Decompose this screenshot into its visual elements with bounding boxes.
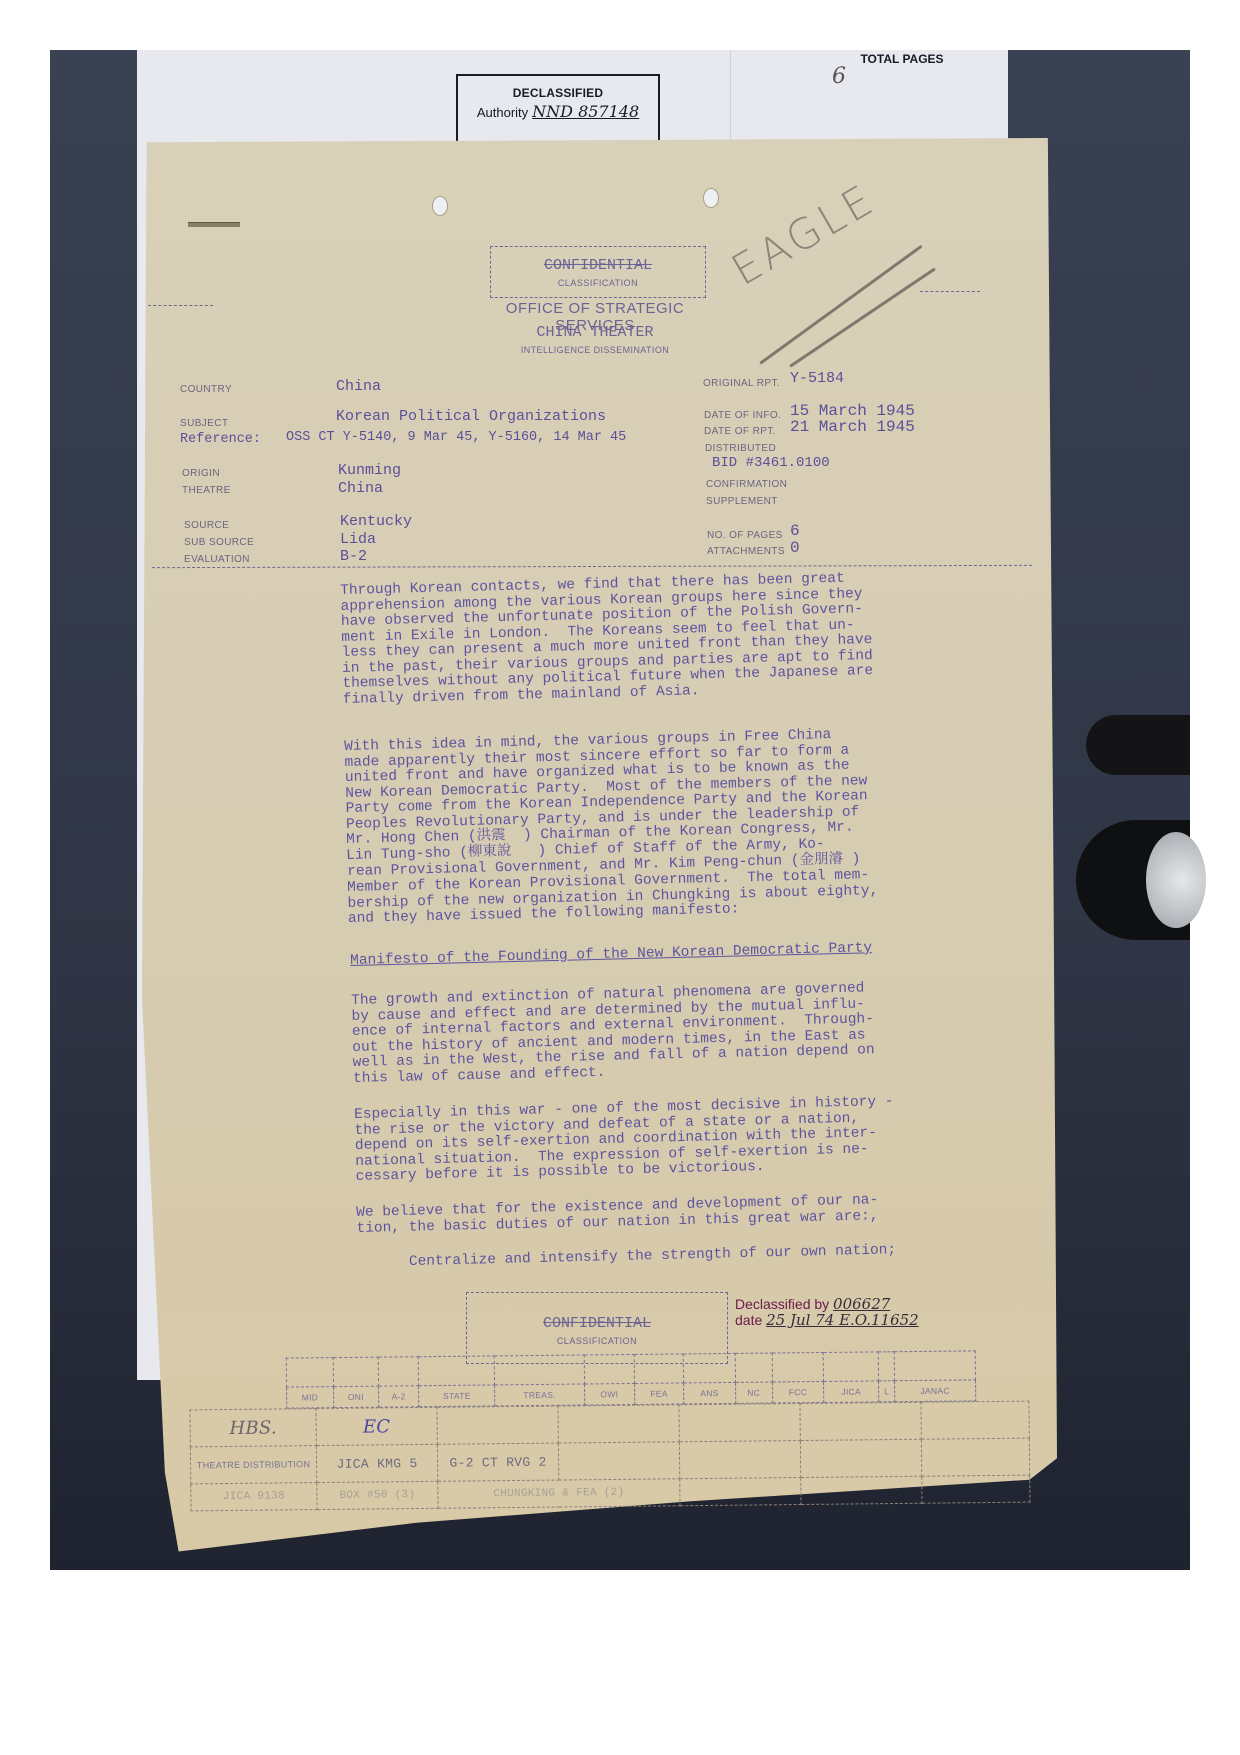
declassified-by-label: Declassified by — [735, 1296, 829, 1312]
agency-label-fcc: FCC — [772, 1381, 824, 1403]
agency-blank-cell — [378, 1357, 419, 1386]
field-label: SUPPLEMENT — [706, 496, 778, 507]
distribution-cell-g2: G-2 CT RVG 2 — [437, 1443, 558, 1481]
field-label: THEATRE — [182, 485, 231, 496]
authority-label: Authority — [477, 105, 528, 120]
agency-label-treas: TREAS. — [495, 1384, 584, 1406]
agency-blank-cell — [735, 1353, 772, 1382]
agency-label-oni: ONI — [333, 1386, 378, 1407]
field-label: CONFIRMATION — [706, 479, 787, 490]
theater-title: CHINA THEATER — [470, 324, 720, 341]
footer-classification-caption: CLASSIFICATION — [467, 1336, 727, 1346]
clamp-cap — [1146, 832, 1206, 928]
field-value-reference: OSS CT Y-5140, 9 Mar 45, Y-5160, 14 Mar … — [286, 430, 626, 445]
fastener-slot-icon — [188, 222, 240, 227]
agency-label-nc: NC — [735, 1382, 772, 1403]
theatre-distribution-label: THEATRE DISTRIBUTION — [190, 1446, 316, 1484]
field-label: DATE OF RPT. — [704, 426, 776, 437]
field-value-attachments: 0 — [790, 539, 800, 557]
field-value-sub-source: Lida — [340, 531, 376, 548]
agency-blank-cell — [418, 1356, 495, 1386]
distribution-cell-jica: JICA KMG 5 — [316, 1444, 437, 1482]
faded-cell: BOX #50 (3) — [317, 1481, 438, 1509]
paragraph-1: Through Korean contacts, we find that th… — [340, 569, 963, 708]
classification-value: CONFIDENTIAL — [491, 257, 705, 274]
field-value-no-of-pages: 6 — [790, 522, 800, 540]
declassified-date-label: date — [735, 1312, 762, 1328]
field-label: ORIGIN — [182, 468, 220, 479]
agency-blank-cell — [584, 1354, 635, 1384]
field-label: SUB SOURCE — [184, 537, 254, 548]
field-label: SUBJECT — [180, 418, 228, 429]
agency-label-jica: JICA — [824, 1381, 879, 1403]
paragraph-3: The growth and extinction of natural phe… — [351, 979, 973, 1087]
declassified-date-value: 25 Jul 74 E.O.11652 — [766, 1311, 919, 1329]
agency-label-l: L — [879, 1381, 895, 1402]
field-value-evaluation: B-2 — [340, 548, 367, 565]
divider — [148, 305, 213, 306]
classification-box: CONFIDENTIAL CLASSIFICATION — [490, 246, 706, 298]
declassified-authority-box: DECLASSIFIED AuthorityNND 857148 — [456, 74, 660, 146]
agency-blank-cell — [333, 1357, 379, 1386]
agency-blank-cell — [823, 1352, 878, 1382]
agency-blank-cell — [772, 1352, 824, 1382]
field-label: COUNTRY — [180, 384, 232, 395]
agency-distribution-table: MIDONIA-2STATETREAS.OWIFEAANSNCFCCJICALJ… — [286, 1350, 976, 1408]
field-value-subject: Korean Political Organizations — [336, 408, 606, 425]
theatre-distribution-table: HBS. EC THEATRE DISTRIBUTION JICA KMG 5 … — [189, 1401, 1030, 1512]
total-pages-value: 6 — [832, 64, 846, 89]
agency-label-state: STATE — [419, 1385, 495, 1407]
faded-cell: JICA 9138 — [191, 1483, 317, 1511]
declassified-label: DECLASSIFIED — [458, 86, 658, 100]
paragraph-4: Especially in this war - one of the most… — [354, 1093, 976, 1186]
agency-label-mid: MID — [287, 1387, 334, 1408]
field-label-reference: Reference: — [180, 432, 261, 447]
field-label: DISTRIBUTED — [705, 443, 776, 454]
field-label: SOURCE — [184, 520, 229, 531]
field-value-source: Kentucky — [340, 513, 412, 530]
field-label: DATE OF INFO. — [704, 410, 781, 421]
agency-label-ans: ANS — [683, 1382, 735, 1404]
classification-caption: CLASSIFICATION — [491, 278, 705, 288]
total-pages-box: TOTAL PAGES 6 — [832, 52, 972, 66]
agency-blank-cell — [634, 1354, 683, 1384]
faded-cell: CHUNGKING & FEA (2) — [438, 1479, 680, 1509]
agency-blank-cell — [683, 1353, 735, 1383]
dissemination-caption: INTELLIGENCE DISSEMINATION — [470, 345, 720, 355]
initials-cell: HBS. — [190, 1409, 316, 1447]
punch-hole-icon — [432, 196, 448, 216]
divider — [920, 291, 980, 292]
declassified-stamp: Declassified by 006627 date 25 Jul 74 E.… — [735, 1296, 919, 1328]
agency-blank-cell — [495, 1355, 585, 1385]
field-value-date-of-rpt: 21 March 1945 — [790, 418, 915, 436]
field-value-theatre: China — [338, 480, 383, 497]
total-pages-label: TOTAL PAGES — [832, 52, 972, 66]
authority-value: NND 857148 — [532, 102, 639, 121]
clamp-knob — [1086, 715, 1190, 775]
field-label: ATTACHMENTS — [707, 546, 785, 557]
agency-blank-cell — [878, 1352, 894, 1381]
field-value-origin: Kunming — [338, 462, 401, 479]
field-label: EVALUATION — [184, 554, 250, 565]
field-value-original-rpt: Y-5184 — [790, 370, 844, 387]
punch-hole-icon — [703, 188, 719, 208]
agency-label-janac: JANAC — [895, 1380, 976, 1402]
agency-label-a2: A-2 — [378, 1386, 419, 1407]
initials-cell: EC — [316, 1407, 437, 1445]
agency-label-fea: FEA — [634, 1383, 683, 1405]
footer-classification-value: CONFIDENTIAL — [467, 1315, 727, 1332]
field-label: NO. OF PAGES — [707, 530, 783, 541]
agency-blank-cell — [894, 1351, 975, 1381]
paragraph-2a: With this idea in mind, the various grou… — [344, 725, 966, 833]
agency-blank-cell — [286, 1358, 333, 1387]
field-value-distributed: BID #3461.0100 — [712, 455, 830, 471]
field-value-country: China — [336, 378, 381, 395]
agency-label-owi: OWI — [584, 1383, 635, 1405]
field-label: ORIGINAL RPT. — [703, 378, 780, 389]
